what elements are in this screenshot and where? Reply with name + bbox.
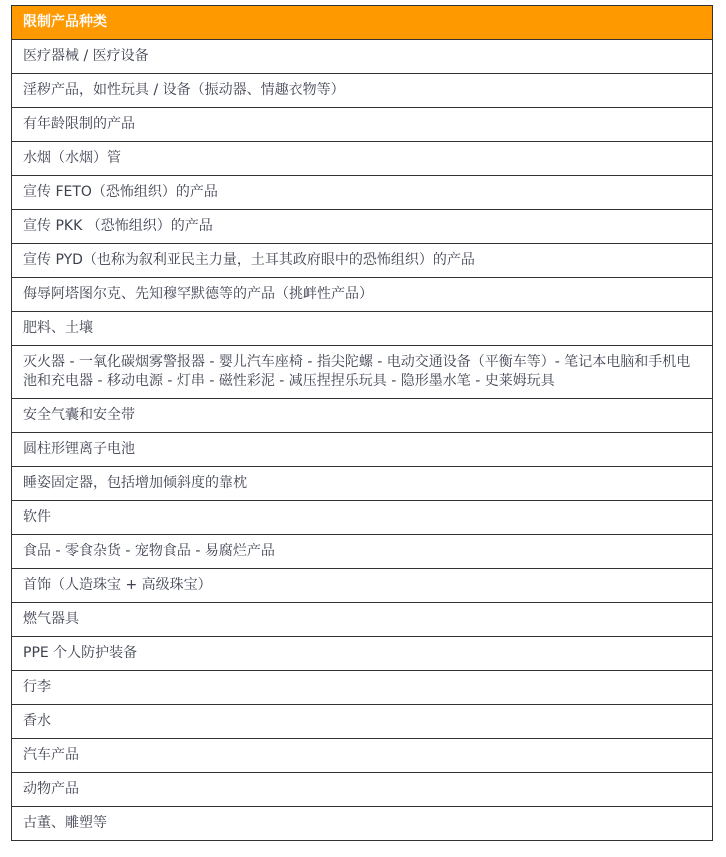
table-cell: 有年龄限制的产品	[12, 108, 713, 142]
table-row: 宣传 PYD（也称为叙利亚民主力量，土耳其政府眼中的恐怖组织）的产品	[12, 244, 713, 278]
table-cell: 灭火器 - 一氧化碳烟雾警报器 - 婴儿汽车座椅 - 指尖陀螺 - 电动交通设备…	[12, 346, 713, 399]
table-row: 肥料、土壤	[12, 312, 713, 346]
table-cell: 圆柱形锂离子电池	[12, 433, 713, 467]
table-cell: 医疗器械 / 医疗设备	[12, 40, 713, 74]
table-cell: 肥料、土壤	[12, 312, 713, 346]
table-cell: 首饰（人造珠宝 + 高级珠宝）	[12, 569, 713, 603]
table-row: 古董、雕塑等	[12, 807, 713, 841]
table-row: 首饰（人造珠宝 + 高级珠宝）	[12, 569, 713, 603]
table-row: 医疗器械 / 医疗设备	[12, 40, 713, 74]
table-row: 行李	[12, 671, 713, 705]
table-row: 食品 - 零食杂货 - 宠物食品 - 易腐烂产品	[12, 535, 713, 569]
table-cell: PPE 个人防护装备	[12, 637, 713, 671]
table-cell: 软件	[12, 501, 713, 535]
table-row: 燃气器具	[12, 603, 713, 637]
table-row: 灭火器 - 一氧化碳烟雾警报器 - 婴儿汽车座椅 - 指尖陀螺 - 电动交通设备…	[12, 346, 713, 399]
table-row: 汽车产品	[12, 739, 713, 773]
table-row: 香水	[12, 705, 713, 739]
table-header-row: 限制产品种类	[12, 6, 713, 40]
table-cell: 宣传 PYD（也称为叙利亚民主力量，土耳其政府眼中的恐怖组织）的产品	[12, 244, 713, 278]
table-cell: 安全气囊和安全带	[12, 399, 713, 433]
table-row: 侮辱阿塔图尔克、先知穆罕默德等的产品（挑衅性产品）	[12, 278, 713, 312]
table-cell: 侮辱阿塔图尔克、先知穆罕默德等的产品（挑衅性产品）	[12, 278, 713, 312]
table-row: PPE 个人防护装备	[12, 637, 713, 671]
table-row: 淫秽产品，如性玩具 / 设备（振动器、情趣衣物等）	[12, 74, 713, 108]
table-header-cell: 限制产品种类	[12, 6, 713, 40]
table-row: 水烟（水烟）管	[12, 142, 713, 176]
table-row: 宣传 PKK （恐怖组织）的产品	[12, 210, 713, 244]
table-row: 睡姿固定器，包括增加倾斜度的靠枕	[12, 467, 713, 501]
restricted-products-table: 限制产品种类 医疗器械 / 医疗设备 淫秽产品，如性玩具 / 设备（振动器、情趣…	[11, 5, 713, 841]
table-cell: 食品 - 零食杂货 - 宠物食品 - 易腐烂产品	[12, 535, 713, 569]
table-cell: 汽车产品	[12, 739, 713, 773]
table-row: 动物产品	[12, 773, 713, 807]
table-cell: 宣传 PKK （恐怖组织）的产品	[12, 210, 713, 244]
table-cell: 淫秽产品，如性玩具 / 设备（振动器、情趣衣物等）	[12, 74, 713, 108]
table-row: 软件	[12, 501, 713, 535]
table-cell: 行李	[12, 671, 713, 705]
table-cell: 燃气器具	[12, 603, 713, 637]
table-cell: 动物产品	[12, 773, 713, 807]
table-row: 安全气囊和安全带	[12, 399, 713, 433]
table-cell: 睡姿固定器，包括增加倾斜度的靠枕	[12, 467, 713, 501]
table-cell: 香水	[12, 705, 713, 739]
table-cell: 古董、雕塑等	[12, 807, 713, 841]
table-row: 圆柱形锂离子电池	[12, 433, 713, 467]
table-cell: 宣传 FETO（恐怖组织）的产品	[12, 176, 713, 210]
table-cell: 水烟（水烟）管	[12, 142, 713, 176]
table-row: 有年龄限制的产品	[12, 108, 713, 142]
table-row: 宣传 FETO（恐怖组织）的产品	[12, 176, 713, 210]
